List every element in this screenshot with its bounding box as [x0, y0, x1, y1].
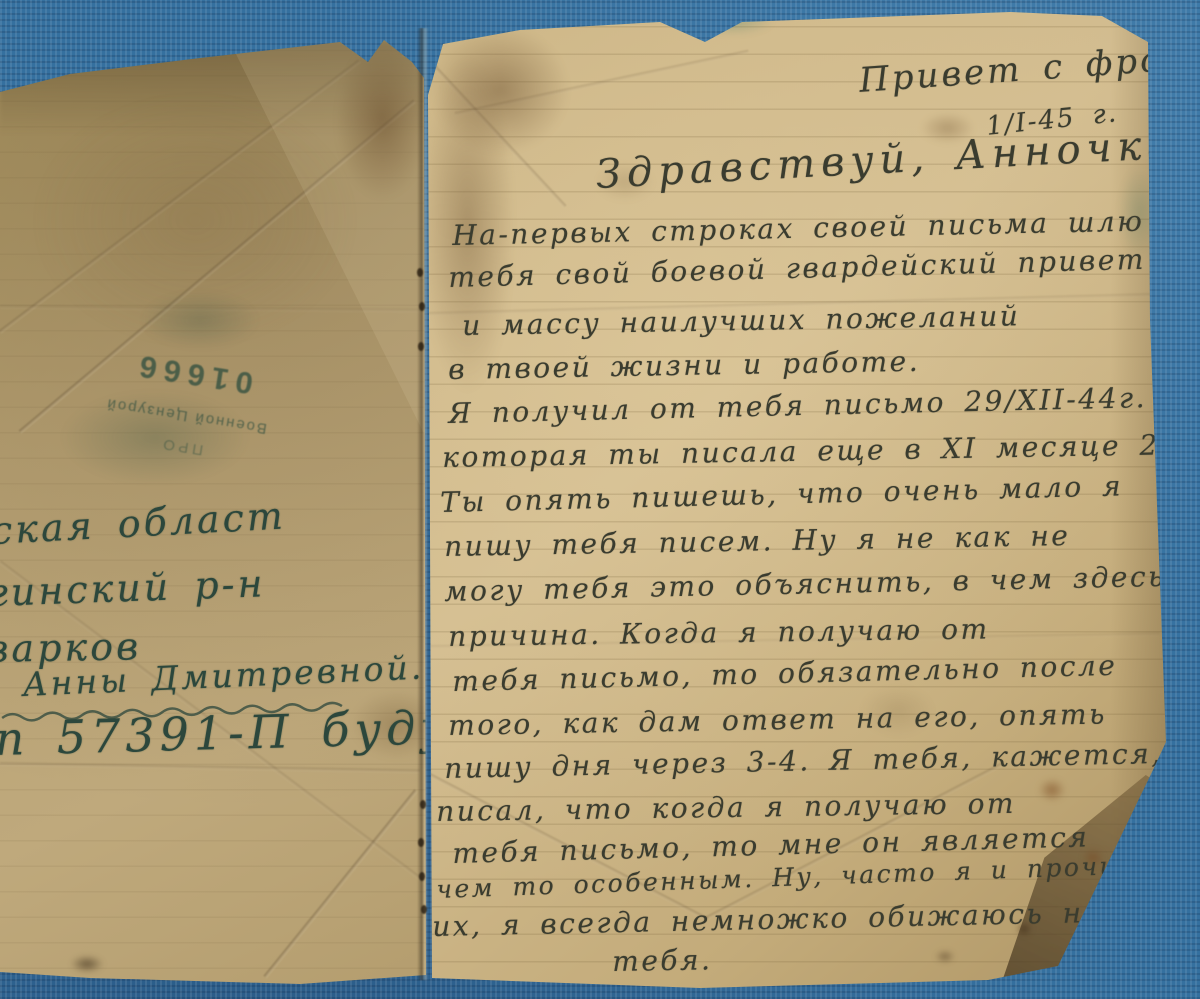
torn-nick: [417, 268, 423, 277]
torn-nick: [420, 800, 426, 809]
torn-nick: [421, 905, 427, 914]
letter-body-line: в твоей жизни и работе.: [448, 348, 920, 384]
photo-of-letter: ПРО Военной Цензурой 01666 ская област г…: [0, 0, 1200, 999]
letter-body-line: тебя.: [612, 946, 713, 976]
letter-body-line: причина. Когда я получаю от: [448, 615, 990, 651]
stain: [1038, 778, 1066, 802]
stain: [70, 955, 104, 973]
stain: [430, 25, 570, 155]
torn-nick: [419, 872, 425, 881]
address-line: гинский р-н: [0, 564, 266, 612]
center-fold: [417, 28, 429, 980]
letter-body-line: писал, что когда я получаю от: [436, 790, 1016, 826]
torn-nick: [418, 342, 424, 351]
torn-nick: [418, 838, 424, 847]
torn-nick: [419, 302, 425, 311]
stain: [935, 950, 955, 963]
